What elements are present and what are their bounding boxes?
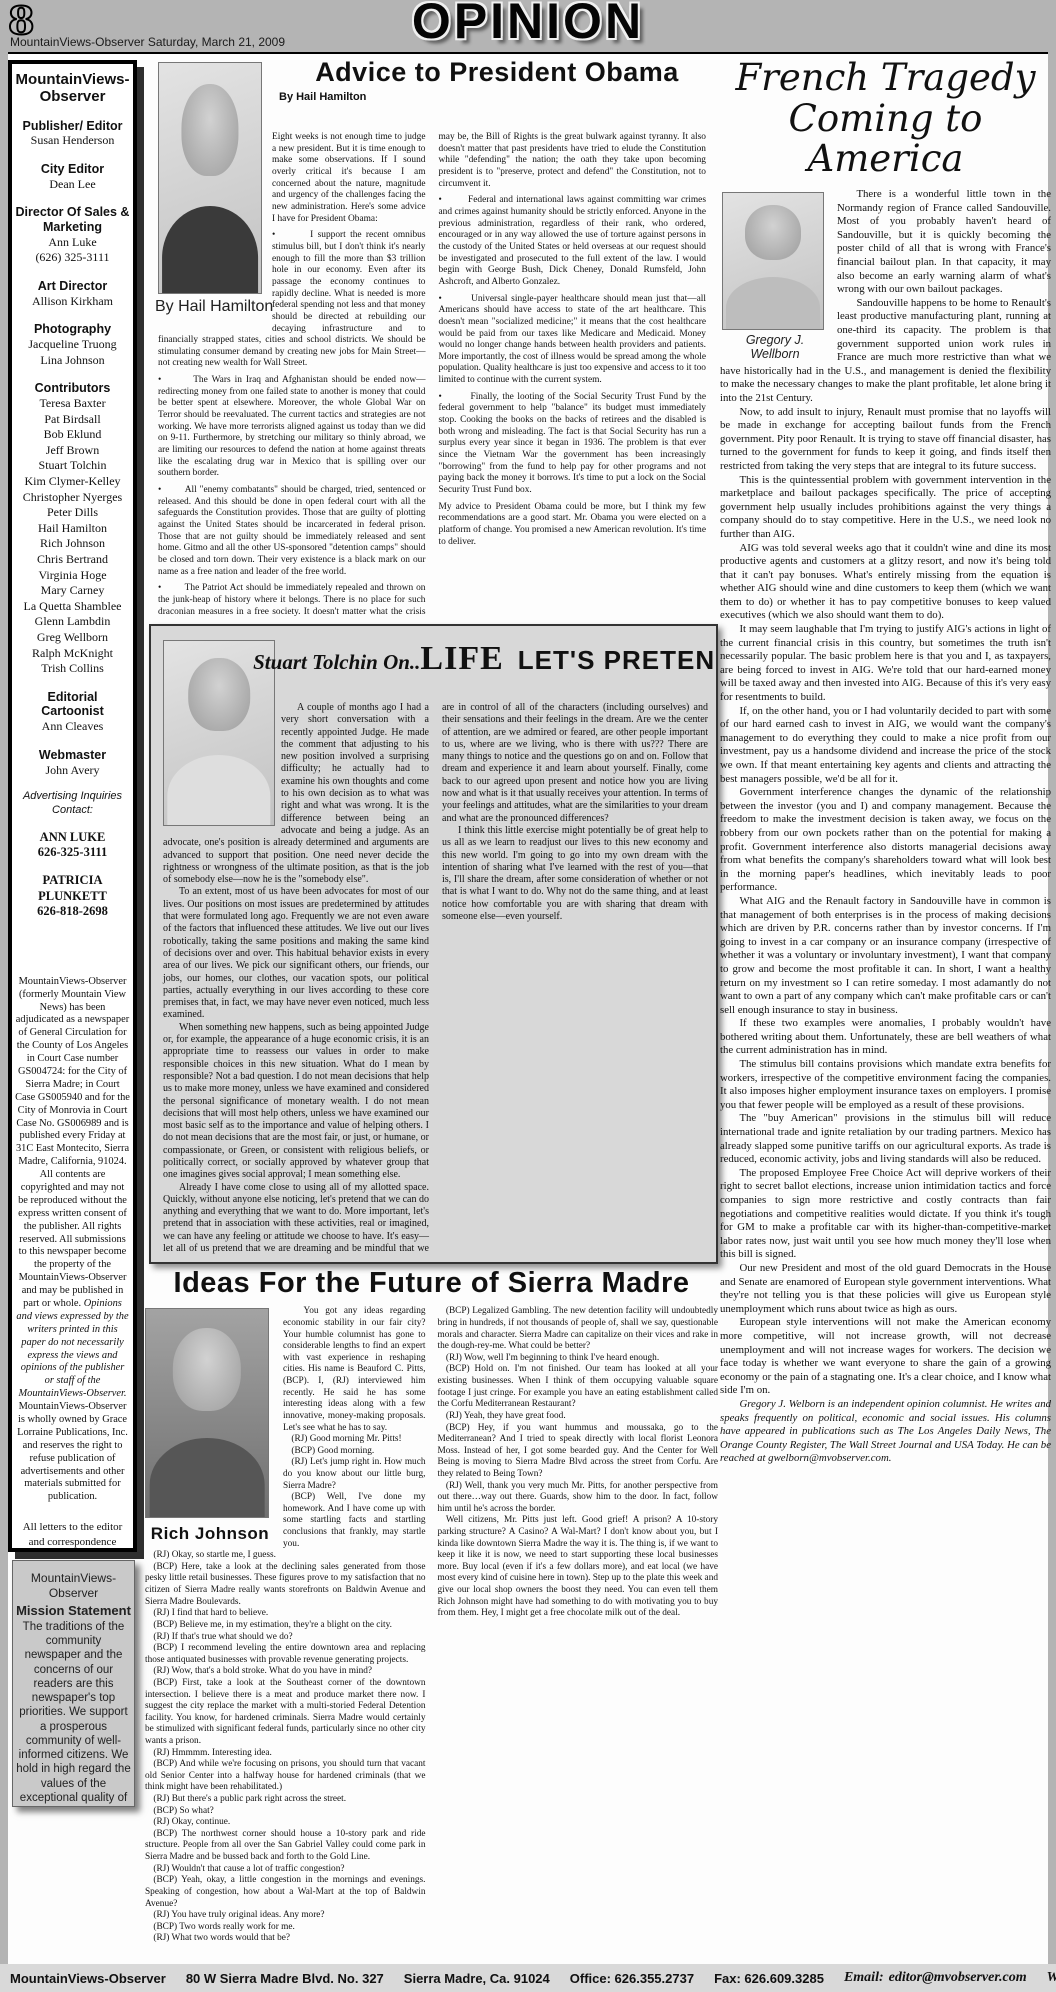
advertising-contact: 626-818-2698 — [15, 904, 130, 920]
email-address: editor@mvobserver.com — [889, 1970, 1027, 1985]
staff-name: Christopher Nyerges — [15, 490, 130, 506]
photo-caption: Gregory J. Wellborn — [722, 333, 828, 361]
footer-fax: Fax: 626.609.3285 — [714, 1971, 824, 1986]
paragraph: (RJ) Hmmmm. Interesting idea. — [145, 1748, 426, 1760]
paragraph: Government interference changes the dyna… — [720, 786, 1051, 895]
advertising-contacts: ANN LUKE626-325-3111PATRICIA PLUNKETT626… — [15, 830, 130, 920]
page-header: 8 OPINION MountainViews-Observer Saturda… — [0, 0, 1056, 52]
advertising-contact: 626-325-3111 — [15, 845, 130, 861]
staff-name: Dean Lee — [15, 177, 130, 193]
legal-disclaimer: Opinions and views expressed by the writ… — [16, 1298, 128, 1399]
paragraph: Finally, the looting of the Social Secur… — [439, 392, 707, 497]
mission-org: MountainViews-Observer — [16, 1571, 131, 1601]
staff-role-art-director: Art Director Allison Kirkham — [15, 279, 130, 309]
staff-name: Hail Hamilton — [15, 521, 130, 537]
staff-name: John Avery — [15, 763, 130, 779]
paragraph: (BCP) And while we're focusing on prison… — [145, 1759, 426, 1794]
newspaper-page: 8 OPINION MountainViews-Observer Saturda… — [0, 0, 1056, 1992]
staff-name: Susan Henderson — [15, 133, 130, 149]
staff-name: Ann Cleaves — [15, 719, 130, 735]
paragraph: (BCP) I recommend leveling the entire do… — [145, 1643, 426, 1666]
staff-role-sales: Director Of Sales & Marketing Ann Luke(6… — [15, 205, 130, 266]
paragraph: All "enemy combatants" should be charged… — [158, 485, 426, 578]
paragraph: The "buy American" provisions in the sti… — [720, 1112, 1051, 1166]
paragraph: (RJ) Wow, well I'm beginning to think I'… — [438, 1353, 719, 1365]
staff-name: Allison Kirkham — [15, 294, 130, 310]
staff-name: Teresa Baxter — [15, 396, 130, 412]
mission-text: The traditions of the community newspape… — [16, 1620, 131, 1807]
paragraph: The stimulus bill contains provisions wh… — [720, 1058, 1051, 1112]
legal-ownership: MountainViews-Observer is wholly owned b… — [17, 1401, 128, 1502]
paragraph: European style interventions will not ma… — [720, 1316, 1051, 1398]
article-future-of-sierra-madre: Ideas For the Future of Sierra Madre Ric… — [145, 1268, 718, 1963]
paragraph: (BCP) First, take a look at the Southeas… — [145, 1678, 426, 1748]
legal-text: MountainViews-Observer (formerly Mountai… — [15, 976, 130, 1309]
letters-block: All letters to the editor and correspond… — [15, 1520, 130, 1552]
paragraph: What AIG and the Renault factory in Sand… — [720, 895, 1051, 1017]
staff-name: (626) 325-3111 — [15, 250, 130, 266]
role-title: City Editor — [15, 162, 130, 177]
photo-block: Rich Johnson — [145, 1308, 275, 1544]
gregory-wellborn-photo — [722, 192, 824, 330]
paragraph: (RJ) I find that hard to believe. — [145, 1608, 426, 1620]
paragraph: (BCP) Hey, if you want hummus and moussa… — [438, 1423, 719, 1481]
staff-name: Trish Collins — [15, 661, 130, 677]
article-title: Ideas For the Future of Sierra Madre — [145, 1268, 718, 1298]
staff-name: Mary Carney — [15, 583, 130, 599]
footer-paper-name: MountainViews-Observer — [10, 1971, 166, 1986]
title-line-2: Coming to America — [789, 97, 983, 181]
paragraph: (BCP) So what? — [145, 1806, 426, 1818]
article-body: Rich Johnson You got any ideas regarding… — [145, 1306, 718, 1958]
email-label: Email: — [844, 1970, 884, 1985]
role-title: Art Director — [15, 279, 130, 294]
role-title: Publisher/ Editor — [15, 119, 130, 134]
paragraph: (RJ) Well, thank you very much Mr. Pitts… — [438, 1481, 719, 1516]
staff-name: Peter Dills — [15, 505, 130, 521]
paragraph: Our new President and most of the old gu… — [720, 1262, 1051, 1316]
paragraph: (BCP) The northwest corner should house … — [145, 1829, 426, 1864]
article-title: Stuart Tolchin On..LIFELET'S PRETEND — [277, 640, 711, 678]
paragraph: It may seem laughable that I'm trying to… — [720, 623, 1051, 705]
title-prefix: Stuart Tolchin On.. — [253, 650, 420, 675]
staff-name: Greg Wellborn — [15, 630, 130, 646]
staff-name: Jacqueline Truong — [15, 337, 130, 353]
photo-wrap-spacer — [163, 702, 281, 832]
staff-name: Virginia Hoge — [15, 568, 130, 584]
article-body: Eight weeks is not enough time to judge … — [158, 132, 706, 620]
role-title: Webmaster — [15, 748, 130, 763]
advertising-contact: PATRICIA PLUNKETT — [15, 873, 130, 904]
paragraph: (BCP) Legalized Gambling. The new detent… — [438, 1306, 719, 1352]
photo-caption: Rich Johnson — [145, 1524, 275, 1544]
staff-name: Chris Bertrand — [15, 552, 130, 568]
paragraph: (RJ) But there's a public park right acr… — [145, 1794, 426, 1806]
paragraph: Universal single-payer healthcare should… — [439, 294, 707, 387]
paragraph: This is the quintessential problem with … — [720, 474, 1051, 542]
role-title: Contributors — [15, 381, 130, 396]
staff-role-contributors: Contributors Teresa BaxterPat BirdsallBo… — [15, 381, 130, 676]
article-body: Gregory J. Wellborn There is a wonderful… — [720, 188, 1051, 1466]
page-content: MountainViews-Observer Publisher/ Editor… — [8, 52, 1048, 1964]
paragraph: (BCP) Here, take a look at the declining… — [145, 1562, 426, 1608]
role-title: Editorial Cartoonist — [15, 690, 130, 720]
staff-name: Ralph McKnight — [15, 646, 130, 662]
photo-block: Gregory J. Wellborn — [722, 192, 828, 361]
article-french-tragedy: French Tragedy Coming to America Gregory… — [720, 54, 1051, 1962]
paragraph: Well citizens, Mr. Pitts just left. Good… — [438, 1515, 719, 1619]
staff-name: Lina Johnson — [15, 353, 130, 369]
staff-sidebar: MountainViews-Observer Publisher/ Editor… — [8, 60, 137, 1552]
footer-email: Email:editor@mvobserver.com — [844, 1970, 1027, 1986]
title-sub: LET'S PRETEND — [518, 645, 718, 676]
mission-statement-box: MountainViews-Observer Mission Statement… — [12, 1560, 135, 1807]
staff-name: Rich Johnson — [15, 536, 130, 552]
paragraph: (RJ) What two words would that be? — [145, 1933, 426, 1945]
staff-name: Glenn Lambdin — [15, 614, 130, 630]
paragraph: Federal and international laws against c… — [439, 195, 707, 288]
footer-address: 80 W Sierra Madre Blvd. No. 327 — [186, 1971, 384, 1986]
dateline: MountainViews-Observer Saturday, March 2… — [10, 35, 285, 49]
paragraph: (RJ) You have truly original ideas. Any … — [145, 1910, 426, 1922]
staff-name: Jeff Brown — [15, 443, 130, 459]
legal-notice: MountainViews-Observer (formerly Mountai… — [15, 976, 130, 1505]
website-label: Website: — [1047, 1970, 1056, 1985]
staff-role-photography: Photography Jacqueline TruongLina Johnso… — [15, 322, 130, 368]
title-main: LIFE — [420, 640, 503, 678]
article-body: A couple of months ago I had a very shor… — [163, 702, 708, 1258]
paragraph: (RJ) Okay, so startle me, I guess. — [145, 1550, 426, 1562]
paragraph: (BCP) Two words really work for me. — [145, 1922, 426, 1934]
staff-role-webmaster: Webmaster John Avery — [15, 748, 130, 778]
paragraph: (RJ) Okay, continue. — [145, 1817, 426, 1829]
paragraph: Now, to add insult to injury, Renault mu… — [720, 406, 1051, 474]
staff-name: Bob Eklund — [15, 427, 130, 443]
photo-wrap-spacer — [158, 132, 272, 326]
title-line-1: French Tragedy — [736, 56, 1036, 99]
paragraph: If these two examples were anomalies, I … — [720, 1017, 1051, 1058]
footer-city: Sierra Madre, Ca. 91024 — [404, 1971, 550, 1986]
paragraph: The proposed Employee Free Choice Act wi… — [720, 1167, 1051, 1262]
article-title: Advice to President Obama — [263, 58, 718, 86]
staff-name: Kim Clymer-Kelley — [15, 474, 130, 490]
staff-name: Pat Birdsall — [15, 412, 130, 428]
paragraph: Gregory J. Welborn is an independent opi… — [720, 1398, 1051, 1466]
article-tolchin-lets-pretend: Stuart Tolchin On..LIFELET'S PRETEND A c… — [149, 624, 718, 1264]
role-title: Director Of Sales & Marketing — [15, 205, 130, 235]
paragraph: If, on the other hand, you or I had volu… — [720, 705, 1051, 787]
footer-office-phone: Office: 626.355.2737 — [570, 1971, 694, 1986]
paragraph: The Wars in Iraq and Afghanistan should … — [158, 375, 426, 480]
letters-intro: All letters to the editor and correspond… — [15, 1520, 130, 1552]
footer-website: Website:www.mvobserver.com — [1047, 1970, 1056, 1986]
paragraph: My advice to President Obama could be mo… — [439, 502, 707, 549]
staff-name: Stuart Tolchin — [15, 458, 130, 474]
staff-role-cartoonist: Editorial Cartoonist Ann Cleaves — [15, 690, 130, 735]
paragraph: (RJ) Wow, that's a bold stroke. What do … — [145, 1666, 426, 1678]
rich-johnson-photo — [145, 1308, 269, 1518]
paragraph: (RJ) Yeah, they have great food. — [438, 1411, 719, 1423]
paragraph: When something new happens, such as bein… — [163, 1022, 429, 1182]
paragraph: AIG was told several weeks ago that it c… — [720, 542, 1051, 624]
paragraph: (BCP) Hold on. I'm not finished. Our tea… — [438, 1364, 719, 1410]
staff-name: Ann Luke — [15, 235, 130, 251]
staff-role-publisher: Publisher/ Editor Susan Henderson — [15, 119, 130, 149]
article-title: French Tragedy Coming to America — [720, 58, 1051, 180]
staff-name: La Quetta Shamblee — [15, 599, 130, 615]
mission-heading: Mission Statement — [16, 1603, 131, 1619]
paragraph: (BCP) Yeah, okay, a little congestion in… — [145, 1875, 426, 1910]
role-title: Photography — [15, 322, 130, 337]
paragraph: (RJ) If that's true what should we do? — [145, 1632, 426, 1644]
advertising-inquiries-label: Advertising Inquiries Contact: — [15, 790, 130, 818]
staff-role-city-editor: City Editor Dean Lee — [15, 162, 130, 192]
sidebar-masthead: MountainViews-Observer — [15, 72, 130, 106]
paragraph: (RJ) Wouldn't that cause a lot of traffi… — [145, 1864, 426, 1876]
article-byline: By Hail Hamilton — [279, 91, 366, 103]
article-advice-to-obama: By Hail Hamilton Advice to President Oba… — [145, 58, 718, 622]
page-footer: MountainViews-Observer 80 W Sierra Madre… — [0, 1964, 1056, 1992]
advertising-contact: ANN LUKE — [15, 830, 130, 846]
paragraph: (BCP) Believe me, in my estimation, they… — [145, 1620, 426, 1632]
paragraph: To an extent, most of us have been advoc… — [163, 886, 429, 1021]
paragraph: I think this little exercise might poten… — [442, 825, 708, 923]
